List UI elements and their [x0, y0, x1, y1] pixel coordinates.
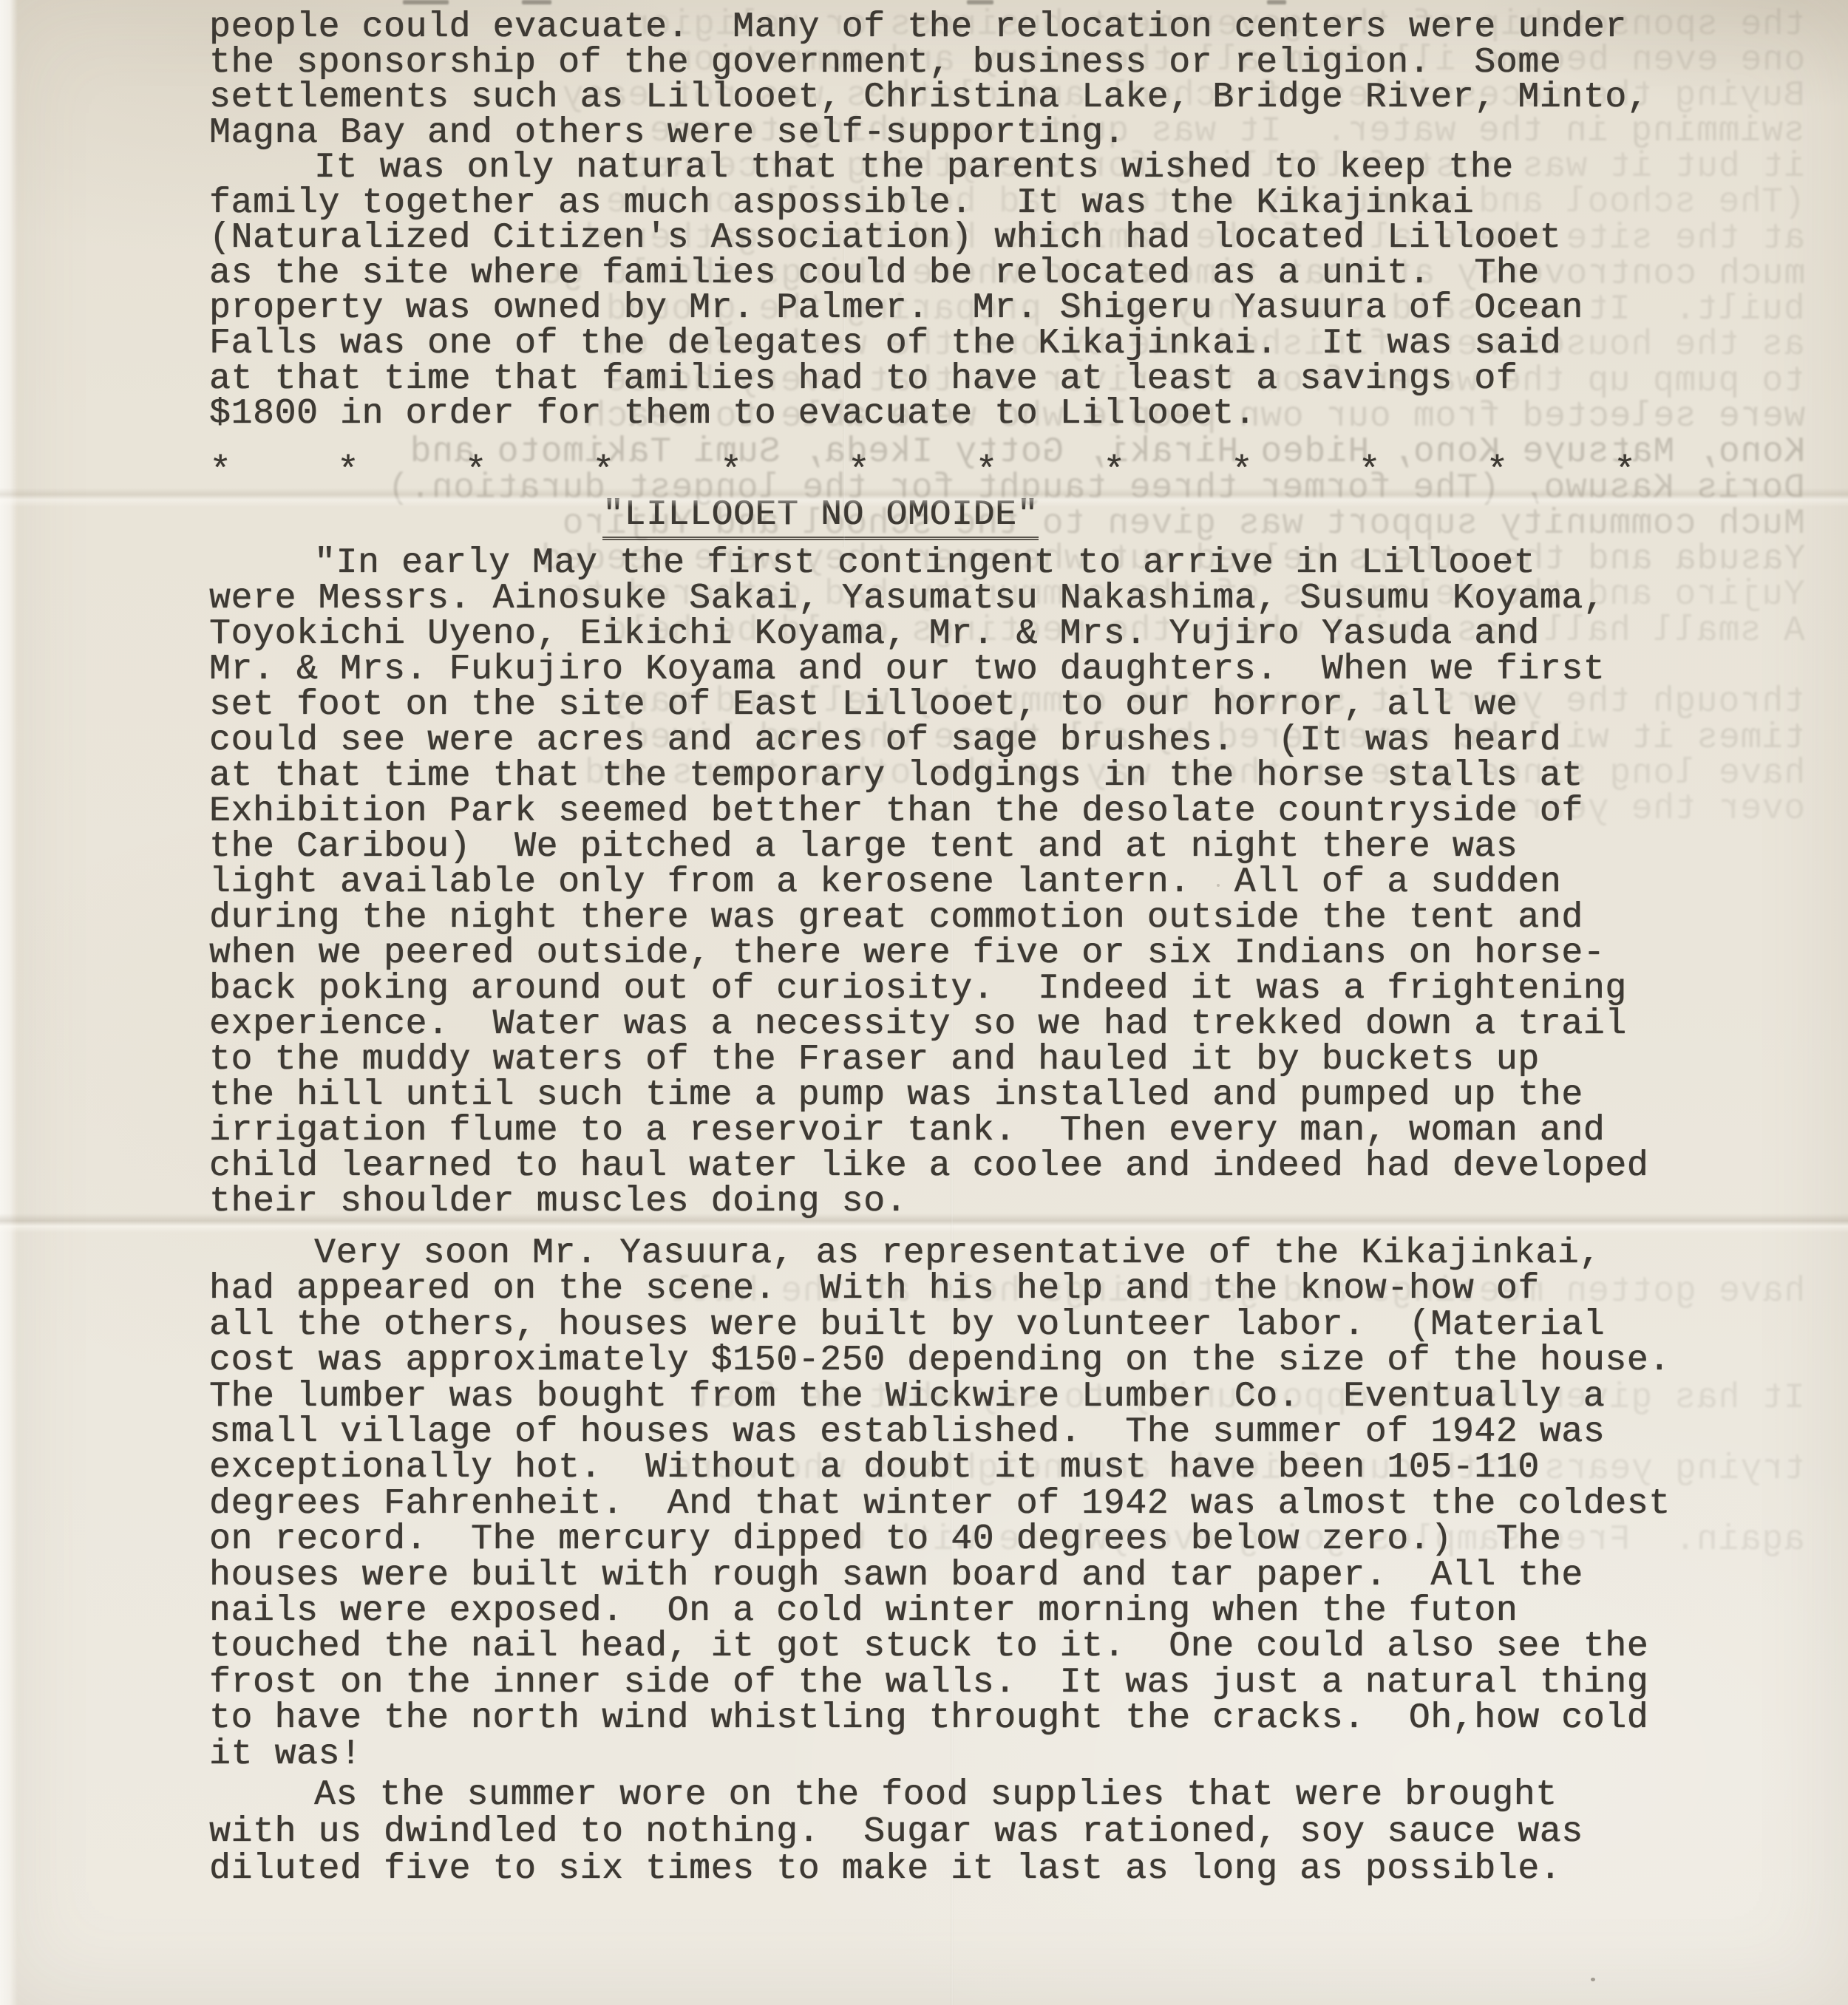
- typed-line: settlements such as Lillooet, Christina …: [209, 81, 1818, 116]
- asterisk-glyph: *: [337, 451, 359, 493]
- typed-line: diluted five to six times to make it las…: [209, 1851, 1818, 1887]
- typed-line: when we peered outside, there were five …: [209, 936, 1818, 971]
- typed-line: (Naturalized Citizen's Association) whic…: [209, 221, 1818, 256]
- typed-line: "In early May the first contingent to ar…: [209, 545, 1818, 581]
- paper-speck: [1217, 884, 1220, 887]
- typed-line: Exhibition Park seemed betther than the …: [209, 794, 1818, 829]
- typed-line: had appeared on the scene. With his help…: [209, 1271, 1818, 1307]
- section-title: "LILLOOET NO OMOIDE": [602, 497, 1039, 540]
- typed-line: with us dwindled to nothing. Sugar was r…: [209, 1814, 1818, 1851]
- typed-line: small village of houses was established.…: [209, 1415, 1818, 1450]
- asterisk-glyph: *: [464, 451, 486, 493]
- scanned-letter-page: the sponsorship of the government busine…: [0, 0, 1848, 2005]
- typed-line: degrees Fahrenheit. And that winter of 1…: [209, 1486, 1818, 1522]
- typed-line: Falls was one of the delegates of the Ki…: [209, 327, 1818, 362]
- typed-line: Magna Bay and others were self-supportin…: [209, 116, 1818, 152]
- typed-line: on record. The mercury dipped to 40 degr…: [209, 1522, 1818, 1557]
- typed-line: the sponsorship of the government, busin…: [209, 46, 1818, 81]
- typed-line: light available only from a kerosene lan…: [209, 865, 1818, 900]
- typed-line: As the summer wore on the food supplies …: [209, 1777, 1818, 1814]
- asterisk-glyph: *: [975, 451, 997, 493]
- asterisk-separator: ************: [209, 451, 1636, 493]
- typed-line: family together as much aspossible. It w…: [209, 186, 1818, 222]
- typed-line: it was!: [209, 1737, 1818, 1772]
- typed-line: property was owned by Mr. Palmer. Mr. Sh…: [209, 291, 1818, 327]
- typed-line: Mr. & Mrs. Fukujiro Koyama and our two d…: [209, 652, 1818, 687]
- cropped-line-fragment: [967, 0, 993, 4]
- asterisk-glyph: *: [1103, 451, 1125, 493]
- typed-line: people could evacuate. Many of the reloc…: [209, 10, 1818, 46]
- typed-line: $1800 in order for them to evacuate to L…: [209, 397, 1818, 432]
- typed-line: It was only natural that the parents wis…: [209, 151, 1818, 186]
- typed-line: during the night there was great commoti…: [209, 900, 1818, 936]
- asterisk-glyph: *: [848, 451, 870, 493]
- typed-line: The lumber was bought from the Wickwire …: [209, 1379, 1818, 1415]
- asterisk-glyph: *: [1358, 451, 1380, 493]
- typed-line: set foot on the site of East Lillooet, t…: [209, 687, 1818, 723]
- paper-speck: [1591, 1978, 1595, 1981]
- typed-line: Toyokichi Uyeno, Eikichi Koyama, Mr. & M…: [209, 616, 1818, 652]
- cropped-line-fragment: [403, 0, 449, 4]
- typed-line: the Caribou) We pitched a large tent and…: [209, 829, 1818, 865]
- typed-paragraph-p5: As the summer wore on the food supplies …: [209, 1777, 1818, 1887]
- typed-line: back poking around out of curiosity. Ind…: [209, 971, 1818, 1007]
- typed-line: as the site where families could be relo…: [209, 256, 1818, 292]
- typed-line: the hill until such time a pump was inst…: [209, 1078, 1818, 1113]
- typed-line: houses were built with rough sawn board …: [209, 1558, 1818, 1593]
- asterisk-glyph: *: [209, 451, 231, 493]
- asterisk-glyph: *: [1486, 451, 1508, 493]
- typed-line: all the others, houses were built by vol…: [209, 1307, 1818, 1343]
- typewritten-text-layer: ************ "LILLOOET NO OMOIDE" people…: [0, 0, 1848, 2005]
- asterisk-glyph: *: [592, 451, 614, 493]
- typed-line: frost on the inner side of the walls. It…: [209, 1665, 1818, 1701]
- typed-line: Very soon Mr. Yasuura, as representative…: [209, 1236, 1818, 1271]
- typed-line: cost was approximately $150-250 dependin…: [209, 1343, 1818, 1378]
- asterisk-glyph: *: [720, 451, 742, 493]
- typed-line: child learned to haul water like a coole…: [209, 1148, 1818, 1184]
- cropped-line-fragment: [1267, 0, 1286, 4]
- typed-line: could see were acres and acres of sage b…: [209, 723, 1818, 758]
- typed-paragraph-p1: people could evacuate. Many of the reloc…: [209, 10, 1818, 151]
- typed-line: their shoulder muscles doing so.: [209, 1184, 1818, 1219]
- typed-line: to the muddy waters of the Fraser and ha…: [209, 1042, 1818, 1078]
- typed-line: at that time that the temporary lodgings…: [209, 758, 1818, 794]
- typed-paragraph-p2: It was only natural that the parents wis…: [209, 151, 1818, 432]
- typed-line: touched the nail head, it got stuck to i…: [209, 1629, 1818, 1664]
- typed-paragraph-p4: Very soon Mr. Yasuura, as representative…: [209, 1236, 1818, 1772]
- typed-line: to have the north wind whistling through…: [209, 1701, 1818, 1736]
- typed-line: irrigation flume to a reservoir tank. Th…: [209, 1113, 1818, 1148]
- typed-paragraph-p3: "In early May the first contingent to ar…: [209, 545, 1818, 1219]
- typed-line: experience. Water was a necessity so we …: [209, 1007, 1818, 1042]
- typed-line: nails were exposed. On a cold winter mor…: [209, 1593, 1818, 1629]
- asterisk-glyph: *: [1231, 451, 1253, 493]
- cropped-line-fragment: [522, 0, 551, 4]
- typed-line: were Messrs. Ainosuke Sakai, Yasumatsu N…: [209, 581, 1818, 616]
- typed-line: exceptionally hot. Without a doubt it mu…: [209, 1450, 1818, 1485]
- asterisk-glyph: *: [1614, 451, 1636, 493]
- typed-line: at that time that families had to have a…: [209, 362, 1818, 398]
